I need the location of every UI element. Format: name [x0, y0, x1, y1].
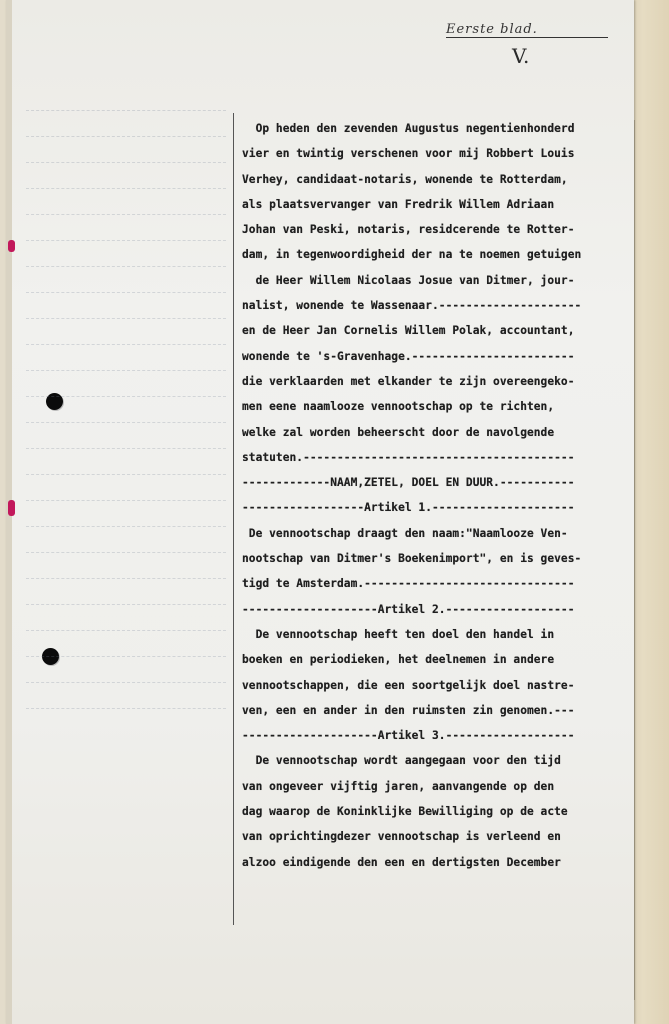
typed-line: Op heden den zevenden Augustus negentien…: [242, 116, 634, 141]
typed-line: --------------------Artikel 2.----------…: [242, 597, 634, 622]
typed-line: als plaatsvervanger van Fredrik Willem A…: [242, 192, 634, 217]
typed-line: Verhey, candidaat-notaris, wonende te Ro…: [242, 167, 634, 192]
typed-line: Johan van Peski, notaris, residcerende t…: [242, 217, 634, 242]
pink-tab-mark: [8, 500, 15, 516]
typed-line: en de Heer Jan Cornelis Willem Polak, ac…: [242, 318, 634, 343]
typed-line: welke zal worden beheerscht door de navo…: [242, 420, 634, 445]
typed-line: nootschap van Ditmer's Boekenimport", en…: [242, 546, 634, 571]
page-number: V.: [512, 44, 529, 68]
typed-line: vier en twintig verschenen voor mij Robb…: [242, 141, 634, 166]
typed-line: De vennootschap wordt aangegaan voor den…: [242, 748, 634, 773]
typed-line: die verklaarden met elkander te zijn ove…: [242, 369, 634, 394]
bleed-through-text: [26, 110, 226, 734]
typed-line: alzoo eindigende den een en dertigsten D…: [242, 850, 634, 875]
handwritten-underline: [446, 37, 608, 38]
typed-line: dag waarop de Koninklijke Bewilliging op…: [242, 799, 634, 824]
typed-line: --------------------Artikel 3.----------…: [242, 723, 634, 748]
typed-line: van ongeveer vijftig jaren, aanvangende …: [242, 774, 634, 799]
typed-line: wonende te 's-Gravenhage.---------------…: [242, 344, 634, 369]
typed-line: van oprichtingdezer vennootschap is verl…: [242, 824, 634, 849]
typed-line: De vennootschap heeft ten doel den hande…: [242, 622, 634, 647]
typed-line: -------------NAAM,ZETEL, DOEL EN DUUR.--…: [242, 470, 634, 495]
typed-line: tigd te Amsterdam.----------------------…: [242, 571, 634, 596]
typed-deed-text: Op heden den zevenden Augustus negentien…: [242, 116, 634, 875]
margin-rule: [233, 113, 234, 925]
typed-line: ven, een en ander in den ruimsten zin ge…: [242, 698, 634, 723]
typed-line: nalist, wonende te Wassenaar.-----------…: [242, 293, 634, 318]
typed-line: men eene naamlooze vennootschap op te ri…: [242, 394, 634, 419]
pink-tab-mark: [8, 240, 15, 252]
typed-line: boeken en periodieken, het deelnemen in …: [242, 647, 634, 672]
typed-line: vennootschappen, die een soortgelijk doe…: [242, 673, 634, 698]
typed-line: De vennootschap draagt den naam:"Naamloo…: [242, 521, 634, 546]
typed-line: de Heer Willem Nicolaas Josue van Ditmer…: [242, 268, 634, 293]
typed-line: statuten.-------------------------------…: [242, 445, 634, 470]
typed-line: ------------------Artikel 1.------------…: [242, 495, 634, 520]
handwritten-note: Eerste blad.: [446, 22, 538, 37]
typed-line: dam, in tegenwoordigheid der na te noeme…: [242, 242, 634, 267]
page-edge-line: [634, 120, 635, 1000]
